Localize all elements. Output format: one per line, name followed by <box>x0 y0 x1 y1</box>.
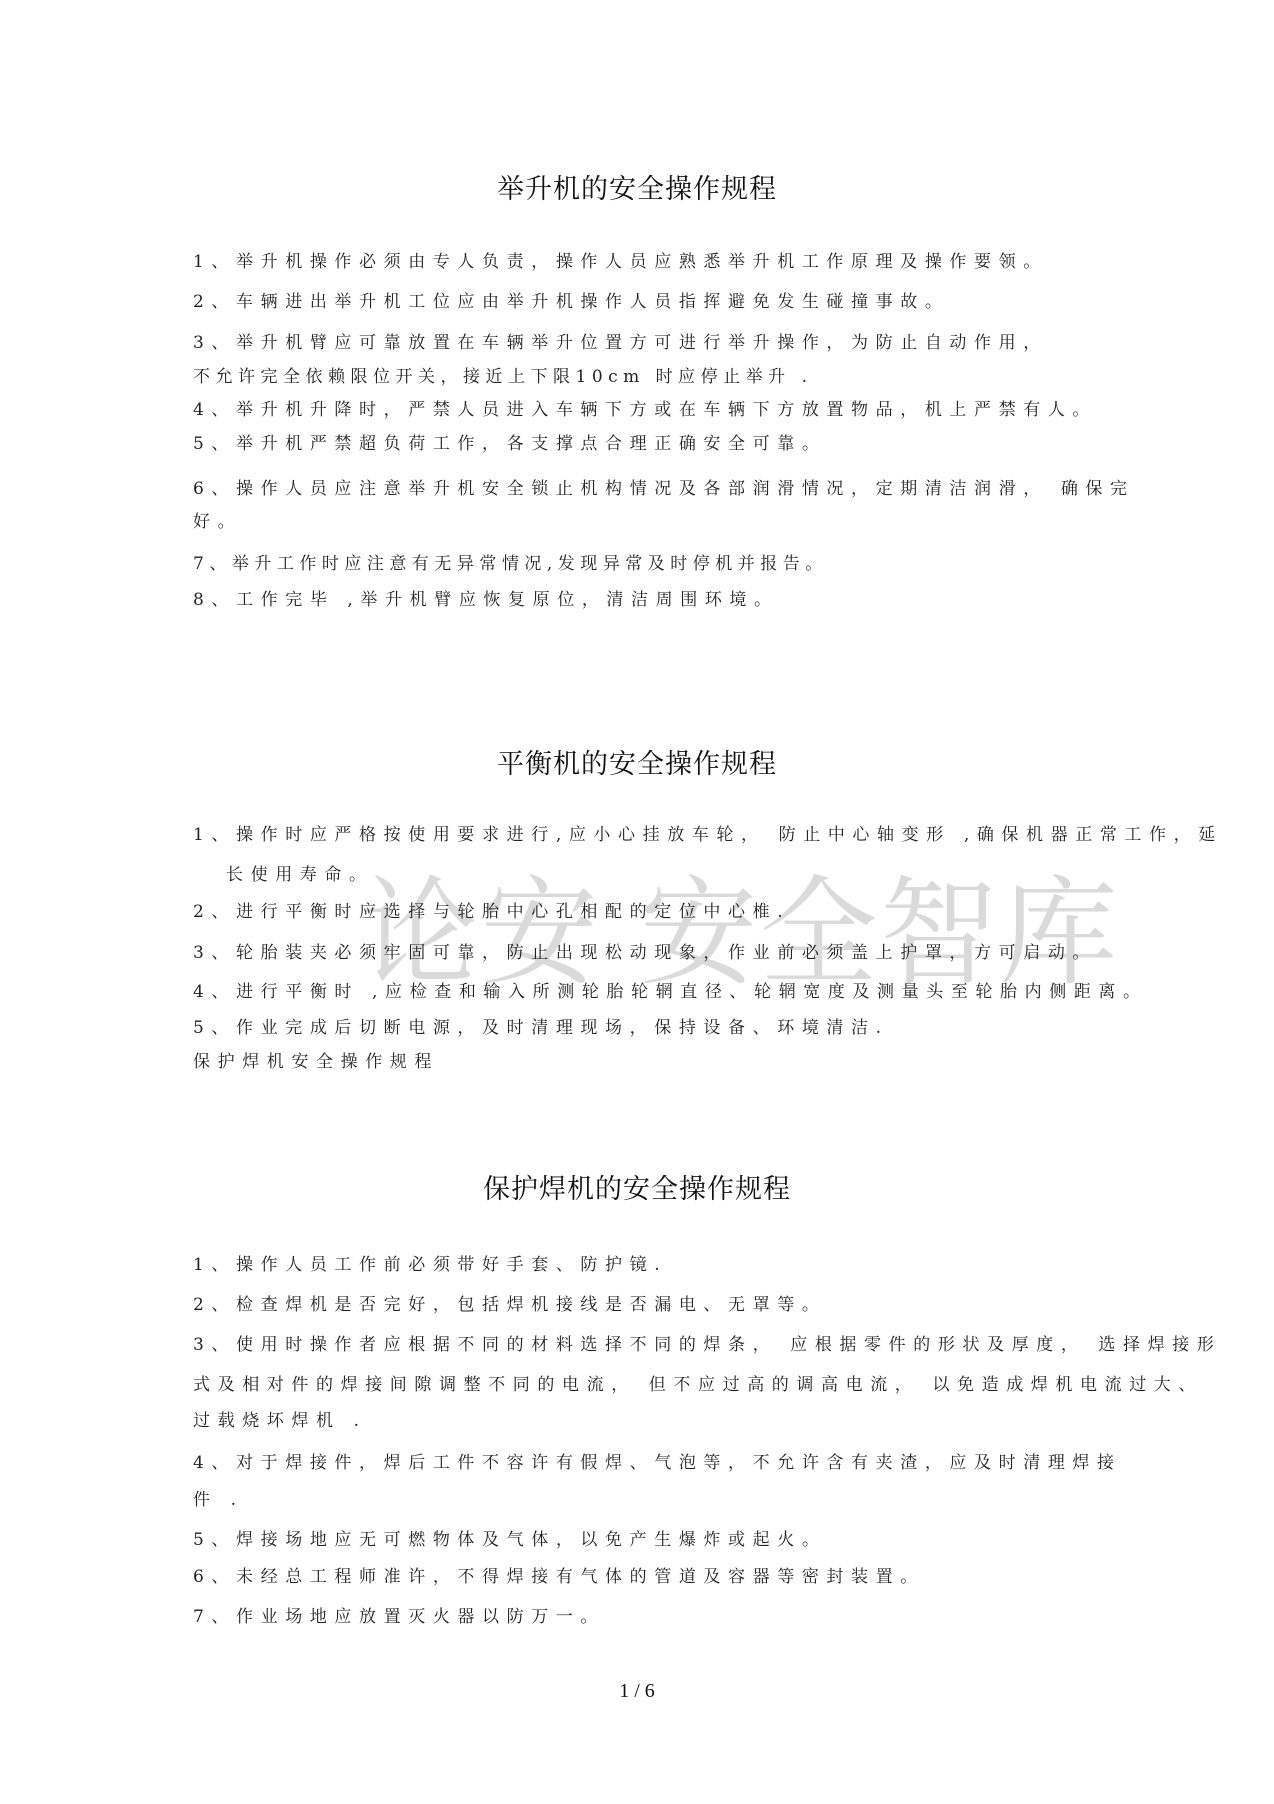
list-item: 1、操作时应严格按使用要求进行,应小心挂放车轮， 防止中心轴变形 ,确保机器正常… <box>193 823 1223 847</box>
list-item-continuation: 过载烧坏焊机 . <box>193 1409 367 1433</box>
list-item: 2、进行平衡时应选择与轮胎中心孔相配的定位中心椎. <box>193 900 790 924</box>
list-item: 4、对于焊接件，焊后工件不容许有假焊、气泡等，不允许含有夹渣，应及时清理焊接 <box>193 1451 1122 1475</box>
list-item: 3、使用时操作者应根据不同的材料选择不同的焊条， 应根据零件的形状及厚度， 选择… <box>193 1333 1221 1357</box>
list-item: 1、操作人员工作前必须带好手套、防护镜. <box>193 1253 667 1277</box>
list-item: 4、进行平衡时 ,应检查和输入所测轮胎轮辋直径、轮辋宽度及测量头至轮胎内侧距离。 <box>193 980 1148 1004</box>
list-item: 6、操作人员应注意举升机安全锁止机构情况及各部润滑情况，定期清洁润滑， 确保完 <box>193 477 1135 501</box>
list-item-continuation: 件 . <box>193 1488 244 1512</box>
list-item: 6、未经总工程师准许，不得焊接有气体的管道及容器等密封装置。 <box>193 1565 925 1589</box>
section-title-balancer: 平衡机的安全操作规程 <box>0 748 1274 782</box>
list-item: 2、检查焊机是否完好，包括焊机接线是否漏电、无罩等。 <box>193 1293 826 1317</box>
subheading-text: 保护焊机安全操作规程 <box>193 1050 439 1074</box>
list-item: 2、车辆进出举升机工位应由举升机操作人员指挥避免发生碰撞事故。 <box>193 290 949 314</box>
list-item-continuation: 不允许完全依赖限位开关，接近上下限10cm 时应停止举升 . <box>193 365 812 389</box>
list-item-continuation: 式及相对件的焊接间隙调整不同的电流， 但不应过高的调高电流， 以免造成焊机电流过… <box>193 1373 1203 1397</box>
list-item: 5、举升机严禁超负荷工作，各支撑点合理正确安全可靠。 <box>193 432 826 456</box>
list-item: 3、举升机臂应可靠放置在车辆举升位置方可进行举升操作，为防止自动作用， <box>193 331 1048 355</box>
list-item-continuation: 长使用寿命。 <box>226 863 374 887</box>
list-item: 8、工作完毕 ,举升机臂应恢复原位，清洁周围环境。 <box>193 588 779 612</box>
list-item: 5、作业完成后切断电源，及时清理现场，保持设备、环境清洁. <box>193 1016 889 1040</box>
section-title-welder: 保护焊机的安全操作规程 <box>0 1173 1274 1207</box>
list-item: 1、举升机操作必须由专人负责，操作人员应熟悉举升机工作原理及操作要领。 <box>193 250 1048 274</box>
list-item: 7、举升工作时应注意有无异常情况,发现异常及时停机并报告。 <box>193 552 828 576</box>
page-number: 1 / 6 <box>0 1680 1274 1703</box>
document-page: 论安 安全智库 举升机的安全操作规程 1、举升机操作必须由专人负责，操作人员应熟… <box>0 0 1274 1804</box>
list-item: 5、焊接场地应无可燃物体及气体，以免产生爆炸或起火。 <box>193 1528 826 1552</box>
list-item: 7、作业场地应放置灭火器以防万一。 <box>193 1605 605 1629</box>
list-item: 4、举升机升降时，严禁人员进入车辆下方或在车辆下方放置物品，机上严禁有人。 <box>193 398 1097 422</box>
section-title-lift: 举升机的安全操作规程 <box>0 173 1274 207</box>
list-item-continuation: 好。 <box>193 510 242 534</box>
list-item: 3、轮胎装夹必须牢固可靠，防止出现松动现象，作业前必须盖上护罩，方可启动。 <box>193 941 1097 965</box>
